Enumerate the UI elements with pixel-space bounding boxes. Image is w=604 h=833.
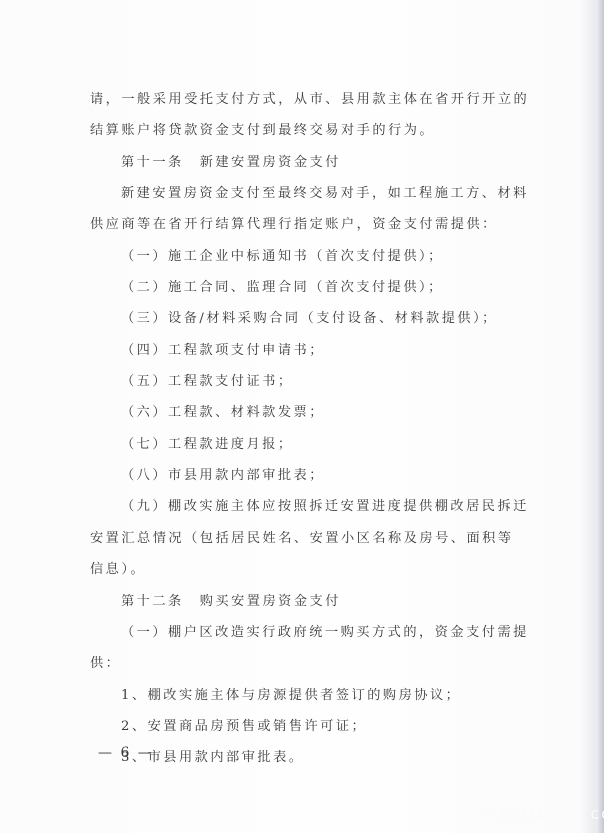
list-item: 2、安置商品房预售或销售许可证； [90,711,534,742]
paragraph-line: （一）棚户区改造实行政府统一购买方式的，资金支付需提 [90,617,534,648]
page-edge-shadow [596,0,604,833]
watermark: hubeizeng.com [482,804,604,823]
paragraph-line: 供应商等在省开行结算代理行指定账户，资金支付需提供： [90,209,534,240]
list-item: （八）市县用款内部审批表； [90,460,534,491]
text-line: 请，一般采用受托支付方式，从市、县用款主体在省开行开立的 [90,84,534,115]
paragraph-line: 供： [90,648,534,679]
list-item: （一）施工企业中标通知书（首次支付提供）； [90,241,534,272]
article-12-heading: 第十二条购买安置房资金支付 [90,586,534,617]
list-item: （五）工程款支付证书； [90,366,534,397]
list-item: （二）施工合同、监理合同（首次支付提供）； [90,272,534,303]
page-number: — 6 — [98,745,154,761]
list-item: （七）工程款进度月报； [90,429,534,460]
article-11-heading: 第十一条新建安置房资金支付 [90,147,534,178]
document-page: 请，一般采用受托支付方式，从市、县用款主体在省开行开立的 结算账户将贷款资金支付… [0,0,604,833]
list-item: 1、棚改实施主体与房源提供者签订的购房协议； [90,680,534,711]
list-item: （六）工程款、材料款发票； [90,397,534,428]
text-line: 结算账户将贷款资金支付到最终交易对手的行为。 [90,115,534,146]
paragraph-line: 新建安置房资金支付至最终交易对手，如工程施工方、材料 [90,178,534,209]
document-body: 请，一般采用受托支付方式，从市、县用款主体在省开行开立的 结算账户将贷款资金支付… [90,84,534,774]
article-number: 第十二条 [121,594,184,609]
list-item: 3、市县用款内部审批表。 [90,742,534,773]
paragraph-line: 信息）。 [90,554,534,585]
paragraph-line: 安置汇总情况（包括居民姓名、安置小区名称及房号、面积等 [90,523,534,554]
article-title: 新建安置房资金支付 [200,155,341,170]
list-item: （三）设备/材料采购合同（支付设备、材料款提供）； [90,303,534,334]
article-title: 购买安置房资金支付 [200,594,341,609]
article-number: 第十一条 [121,155,184,170]
list-item: （九）棚改实施主体应按照拆迁安置进度提供棚改居民拆迁 [90,491,534,522]
list-item: （四）工程款项支付申请书； [90,335,534,366]
